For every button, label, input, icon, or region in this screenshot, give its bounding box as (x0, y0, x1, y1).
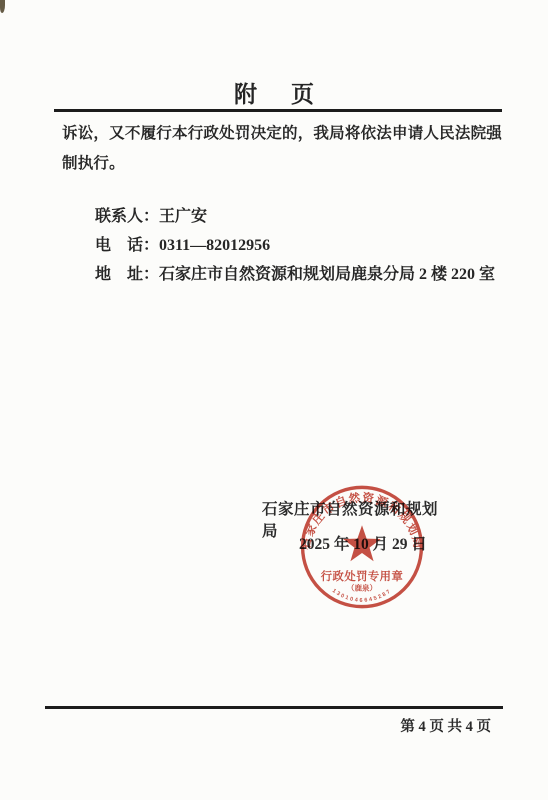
contact-address: 地 址：石家庄市自然资源和规划局鹿泉分局 2 楼 220 室 (95, 260, 495, 289)
seal-star-icon (343, 525, 381, 561)
scan-artifact-corner-mark (0, 0, 5, 13)
scanned-document-page: 附页 诉讼，又不履行本行政处罚决定的，我局将依法申请人民法院强制执行。 联系人：… (0, 0, 548, 800)
contact-person: 联系人：王广安 (95, 202, 495, 231)
body-paragraph: 诉讼，又不履行本行政处罚决定的，我局将依法申请人民法院强制执行。 (62, 119, 502, 179)
title-underline (54, 109, 502, 112)
official-seal-stamp-icon: 石家庄市自然资源和规划局 行政处罚专用章 （鹿泉） 1301046645287 (296, 476, 428, 618)
seal-subtitle-text: （鹿泉） (347, 583, 377, 593)
contact-block: 联系人：王广安 电 话：0311—82012956 地 址：石家庄市自然资源和规… (95, 202, 495, 289)
footer-divider (45, 706, 503, 709)
contact-phone: 电 话：0311—82012956 (95, 231, 495, 260)
seal-title-text: 行政处罚专用章 (321, 569, 404, 583)
footer-page-number: 第 4 页 共 4 页 (400, 715, 491, 736)
page-title: 附页 (0, 76, 548, 109)
